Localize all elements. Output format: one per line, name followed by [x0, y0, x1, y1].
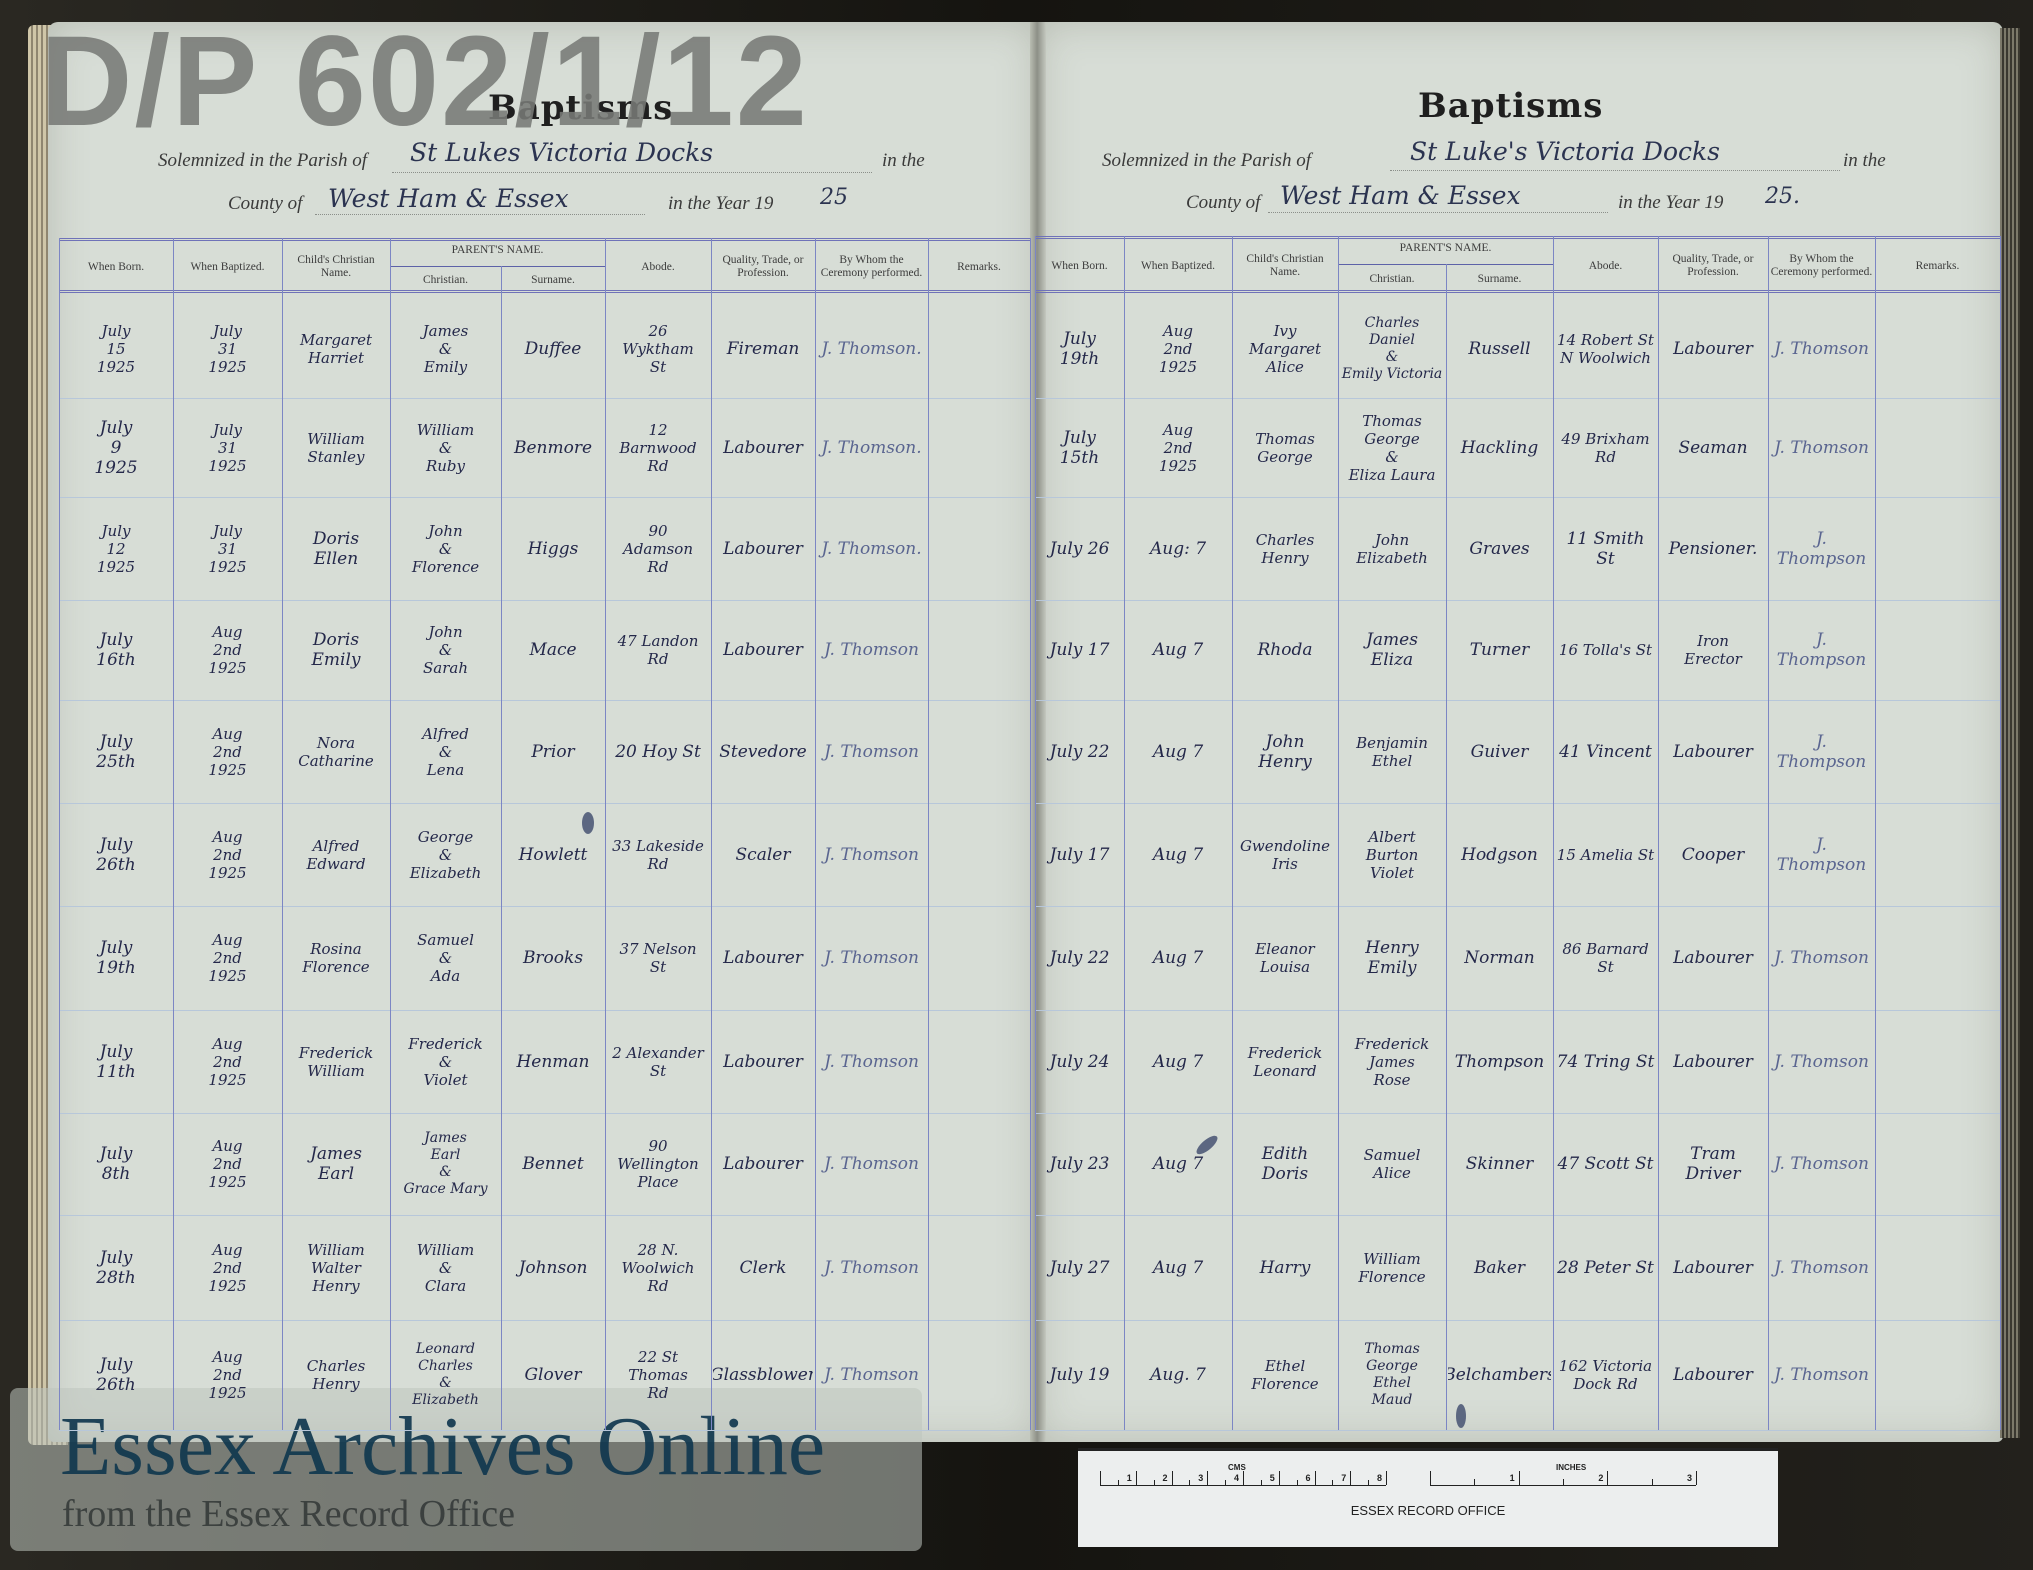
cell-when-born: July 17	[1037, 604, 1122, 696]
ruler-tick	[1563, 1479, 1564, 1485]
ruler-minor-tick	[1368, 1480, 1369, 1485]
right-county-dotline	[1268, 212, 1608, 213]
ruler-minor-tick	[1118, 1480, 1119, 1485]
cell-when-baptized: Aug 7	[1126, 604, 1230, 696]
parents-subheader-rule	[390, 266, 605, 267]
cell-abode: 74 Tring St	[1555, 1014, 1656, 1109]
cell-profession: Tram Driver	[1660, 1117, 1766, 1211]
column-header-officiant: By Whom the Ceremony performed.	[1768, 246, 1875, 286]
cell-when-born: July 8th	[61, 1117, 171, 1211]
cell-officiant: J. Thompson	[1770, 807, 1873, 902]
cell-profession: Labourer	[1660, 304, 1766, 394]
cell-surname: Higgs	[503, 501, 603, 596]
cell-profession: Labourer	[713, 1014, 813, 1109]
cell-abode: 162 Victoria Dock Rd	[1555, 1324, 1656, 1426]
left-parish-dotline	[392, 172, 872, 173]
ruler-minor-tick	[1261, 1480, 1262, 1485]
cell-remarks	[930, 910, 1028, 1006]
cell-parent-christian: Frederick & Violet	[392, 1014, 499, 1109]
cell-remarks	[1877, 704, 1998, 799]
document-reference-mark: D/P 602/1/12	[40, 18, 809, 146]
cell-remarks	[930, 501, 1028, 596]
left-county-value: West Ham & Essex	[328, 184, 569, 213]
cell-parent-christian: William Florence	[1340, 1219, 1444, 1316]
left-year-label: in the Year 19	[668, 193, 773, 215]
cell-officiant: J. Thompson	[1770, 704, 1873, 799]
column-header-when-born: When Born.	[1035, 246, 1124, 286]
column-header-parent-christian: Christian.	[390, 272, 501, 288]
cell-child-name: Charles Henry	[284, 1324, 388, 1426]
table-header-rule	[1035, 290, 2000, 293]
cell-when-born: July 22	[1037, 910, 1122, 1006]
cell-when-baptized: Aug 7	[1126, 910, 1230, 1006]
column-header-profession: Quality, Trade, or Profession.	[1658, 246, 1768, 286]
cell-abode: 12 Barnwood Rd	[607, 402, 709, 493]
cell-when-born: July 16th	[61, 604, 171, 696]
cell-parent-christian: John & Florence	[392, 501, 499, 596]
cell-child-name: Ivy Margaret Alice	[1234, 304, 1336, 394]
column-header-surname: Surname.	[1446, 270, 1553, 288]
row-divider	[59, 1430, 1030, 1431]
cell-remarks	[1877, 1014, 1998, 1109]
cell-abode: 47 Scott St	[1555, 1117, 1656, 1211]
cell-child-name: Frederick Leonard	[1234, 1014, 1336, 1109]
parents-name-group-header: PARENT'S NAME.	[390, 244, 605, 257]
cell-parent-christian: Samuel & Ada	[392, 910, 499, 1006]
cell-profession: Labourer	[713, 402, 813, 493]
cell-child-name: Eleanor Louisa	[1234, 910, 1336, 1006]
cell-officiant: J. Thomson.	[817, 501, 926, 596]
cell-when-baptized: Aug 7	[1126, 1117, 1230, 1211]
cell-child-name: Margaret Harriet	[284, 304, 388, 394]
left-parish-suffix: in the	[882, 150, 925, 172]
cell-when-baptized: July 31 1925	[175, 402, 280, 493]
parents-name-group-header: PARENT'S NAME.	[1338, 242, 1553, 255]
left-county-dotline	[315, 214, 645, 215]
cell-remarks	[1877, 1324, 1998, 1426]
cell-parent-christian: George & Elizabeth	[392, 807, 499, 902]
cell-child-name: William Stanley	[284, 402, 388, 493]
cell-surname: Brooks	[503, 910, 603, 1006]
cell-surname: Benmore	[503, 402, 603, 493]
cell-remarks	[930, 604, 1028, 696]
cell-remarks	[930, 1014, 1028, 1109]
cell-officiant: J. Thompson	[1770, 604, 1873, 696]
cell-abode: 14 Robert St N Woolwich	[1555, 304, 1656, 394]
ruler-number: 5	[1270, 1473, 1275, 1483]
cell-parent-christian: William & Clara	[392, 1219, 499, 1316]
cell-officiant: J. Thomson	[1770, 402, 1873, 493]
ruler-number: 1	[1510, 1473, 1515, 1483]
cell-remarks	[930, 402, 1028, 493]
cell-profession: Labourer	[713, 501, 813, 596]
cell-child-name: William Walter Henry	[284, 1219, 388, 1316]
cell-when-born: July 15th	[1037, 402, 1122, 493]
right-parish-label: Solemnized in the Parish of	[1102, 150, 1311, 172]
column-header-surname: Surname.	[501, 272, 605, 288]
cell-remarks	[930, 704, 1028, 799]
cell-surname: Belchambers	[1448, 1324, 1551, 1426]
cell-child-name: Doris Ellen	[284, 501, 388, 596]
cell-officiant: J. Thomson	[1770, 1014, 1873, 1109]
column-header-remarks: Remarks.	[928, 248, 1030, 286]
cell-surname: Prior	[503, 704, 603, 799]
cell-abode: 26 Wyktham St	[607, 304, 709, 394]
cell-officiant: J. Thomson	[817, 604, 926, 696]
ruler-number: 3	[1687, 1473, 1692, 1483]
cell-when-baptized: Aug 7	[1126, 1014, 1230, 1109]
right-county-value: West Ham & Essex	[1280, 181, 1521, 210]
cell-abode: 47 Landon Rd	[607, 604, 709, 696]
cell-when-baptized: Aug. 7	[1126, 1324, 1230, 1426]
page-stack-edge-right	[2000, 28, 2020, 1438]
right-page-heading: Baptisms	[1418, 86, 1603, 126]
cell-when-born: July 12 1925	[61, 501, 171, 596]
cell-surname: Bennet	[503, 1117, 603, 1211]
cell-child-name: Rosina Florence	[284, 910, 388, 1006]
cell-profession: Pensioner.	[1660, 501, 1766, 596]
column-header-when-baptized: When Baptized.	[173, 248, 282, 286]
cell-when-baptized: Aug 2nd 1925	[1126, 304, 1230, 394]
ruler-tick	[1100, 1471, 1101, 1485]
cell-child-name: Gwendoline Iris	[1234, 807, 1336, 902]
ruler-tick	[1474, 1479, 1475, 1485]
cell-when-baptized: Aug 2nd 1925	[175, 1219, 280, 1316]
cell-officiant: J. Thomson	[1770, 1117, 1873, 1211]
cell-child-name: Edith Doris	[1234, 1117, 1336, 1211]
table-top-rule	[1035, 236, 2000, 239]
right-parish-dotline	[1390, 170, 1840, 171]
cell-abode: 28 Peter St	[1555, 1219, 1656, 1316]
cell-parent-christian: Henry Emily	[1340, 910, 1444, 1006]
cell-profession: Fireman	[713, 304, 813, 394]
cell-remarks	[930, 807, 1028, 902]
ruler-number: 4	[1234, 1473, 1239, 1483]
cell-profession: Labourer	[1660, 704, 1766, 799]
cell-parent-christian: Benjamin Ethel	[1340, 704, 1444, 799]
cell-remarks	[1877, 604, 1998, 696]
cell-surname: Johnson	[503, 1219, 603, 1316]
cell-abode: 2 Alexander St	[607, 1014, 709, 1109]
column-header-when-baptized: When Baptized.	[1124, 246, 1232, 286]
cell-abode: 15 Amelia St	[1555, 807, 1656, 902]
cell-profession: Labourer	[713, 1117, 813, 1211]
ruler-number: 3	[1198, 1473, 1203, 1483]
cell-officiant: J. Thompson	[1770, 501, 1873, 596]
cell-when-born: July 25th	[61, 704, 171, 799]
cell-officiant: J. Thomson	[817, 1324, 926, 1426]
cell-abode: 90 Wellington Place	[607, 1117, 709, 1211]
ruler-number: 2	[1598, 1473, 1603, 1483]
cell-abode: 90 Adamson Rd	[607, 501, 709, 596]
cell-when-baptized: Aug 2nd 1925	[175, 807, 280, 902]
inch-ruler: 123	[1430, 1471, 1696, 1486]
cell-remarks	[1877, 807, 1998, 902]
cell-remarks	[1877, 501, 1998, 596]
cell-when-born: July 26th	[61, 807, 171, 902]
cell-abode: 37 Nelson St	[607, 910, 709, 1006]
cell-when-born: July 19th	[61, 910, 171, 1006]
cell-surname: Hackling	[1448, 402, 1551, 493]
cell-parent-christian: Frederick James Rose	[1340, 1014, 1444, 1109]
cell-officiant: J. Thomson	[1770, 1219, 1873, 1316]
cell-officiant: J. Thomson	[817, 1014, 926, 1109]
cell-when-baptized: Aug 7	[1126, 704, 1230, 799]
cell-officiant: J. Thomson	[1770, 1324, 1873, 1426]
column-divider	[2000, 236, 2001, 1430]
column-header-child-name: Child's Christian Name.	[1232, 246, 1338, 286]
ruler-tick	[1430, 1471, 1431, 1485]
watermark-subtitle: from the Essex Record Office	[62, 1495, 515, 1533]
ruler-number: 2	[1163, 1473, 1168, 1483]
cell-when-baptized: Aug 7	[1126, 807, 1230, 902]
cell-abode: 28 N. Woolwich Rd	[607, 1219, 709, 1316]
ruler-number: 8	[1377, 1473, 1382, 1483]
column-header-officiant: By Whom the Ceremony performed.	[815, 248, 928, 286]
cell-when-born: July 22	[1037, 704, 1122, 799]
cell-child-name: John Henry	[1234, 704, 1336, 799]
cell-when-born: July 26	[1037, 501, 1122, 596]
cell-profession: Labourer	[713, 604, 813, 696]
cell-profession: Scaler	[713, 807, 813, 902]
column-header-abode: Abode.	[1553, 246, 1658, 286]
cell-abode: 86 Barnard St	[1555, 910, 1656, 1006]
right-parish-value: St Luke's Victoria Docks	[1410, 137, 1720, 166]
cell-child-name: Nora Catharine	[284, 704, 388, 799]
cell-child-name: Ethel Florence	[1234, 1324, 1336, 1426]
cell-when-baptized: Aug 2nd 1925	[175, 1014, 280, 1109]
cell-officiant: J. Thomson.	[817, 304, 926, 394]
cell-profession: Seaman	[1660, 402, 1766, 493]
cell-remarks	[1877, 304, 1998, 394]
cell-profession: Iron Erector	[1660, 604, 1766, 696]
column-header-remarks: Remarks.	[1875, 246, 2000, 286]
cell-surname: Guiver	[1448, 704, 1551, 799]
ruler-minor-tick	[1189, 1480, 1190, 1485]
cell-child-name: Charles Henry	[1234, 501, 1336, 596]
cell-parent-christian: Samuel Alice	[1340, 1117, 1444, 1211]
column-header-child-name: Child's Christian Name.	[282, 248, 390, 286]
cell-profession: Labourer	[1660, 1014, 1766, 1109]
cell-parent-christian: Leonard Charles & Elizabeth	[392, 1324, 499, 1426]
cell-remarks	[930, 1117, 1028, 1211]
right-parish-suffix: in the	[1843, 150, 1886, 172]
ruler-tick	[1696, 1471, 1697, 1485]
column-header-parent-christian: Christian.	[1338, 270, 1446, 288]
cell-remarks	[930, 1219, 1028, 1316]
column-header-when-born: When Born.	[59, 248, 173, 286]
cell-surname: Henman	[503, 1014, 603, 1109]
cell-remarks	[1877, 1117, 1998, 1211]
cell-profession: Labourer	[1660, 1219, 1766, 1316]
cell-officiant: J. Thomson	[817, 910, 926, 1006]
ruler-tick	[1207, 1471, 1208, 1485]
cell-when-born: July 23	[1037, 1117, 1122, 1211]
cell-officiant: J. Thomson	[1770, 304, 1873, 394]
cell-child-name: Alfred Edward	[284, 807, 388, 902]
cell-officiant: J. Thomson	[817, 1219, 926, 1316]
right-county-label: County of	[1186, 192, 1260, 214]
cell-when-baptized: Aug 2nd 1925	[175, 1117, 280, 1211]
cell-when-born: July 27	[1037, 1219, 1122, 1316]
cell-surname: Duffee	[503, 304, 603, 394]
table-header-rule	[59, 290, 1030, 293]
cell-remarks	[1877, 1219, 1998, 1316]
cell-officiant: J. Thomson	[817, 807, 926, 902]
column-header-abode: Abode.	[605, 248, 711, 286]
cell-parent-christian: John & Sarah	[392, 604, 499, 696]
cell-profession: Glassblower	[713, 1324, 813, 1426]
cell-surname: Hodgson	[1448, 807, 1551, 902]
ruler-tick	[1172, 1471, 1173, 1485]
cell-parent-christian: James Eliza	[1340, 604, 1444, 696]
cell-surname: Glover	[503, 1324, 603, 1426]
cell-parent-christian: Charles Daniel & Emily Victoria	[1340, 304, 1444, 394]
cell-profession: Stevedore	[713, 704, 813, 799]
ruler-minor-tick	[1154, 1480, 1155, 1485]
cell-surname: Graves	[1448, 501, 1551, 596]
cell-profession: Labourer	[713, 910, 813, 1006]
cell-surname: Turner	[1448, 604, 1551, 696]
cell-profession: Labourer	[1660, 910, 1766, 1006]
cell-child-name: Frederick William	[284, 1014, 388, 1109]
cell-when-baptized: Aug 7	[1126, 1219, 1230, 1316]
ruler-tick	[1350, 1471, 1351, 1485]
cell-parent-christian: Albert Burton Violet	[1340, 807, 1444, 902]
cell-when-born: July 9 1925	[61, 402, 171, 493]
cell-abode: 11 Smith St	[1555, 501, 1656, 596]
cell-remarks	[1877, 910, 1998, 1006]
cell-surname: Mace	[503, 604, 603, 696]
cell-parent-christian: Alfred & Lena	[392, 704, 499, 799]
cell-profession: Clerk	[713, 1219, 813, 1316]
cell-surname: Norman	[1448, 910, 1551, 1006]
ruler-minor-tick	[1225, 1480, 1226, 1485]
scale-ruler: CMS INCHES 12345678 123 ESSEX RECORD OFF…	[1078, 1448, 1778, 1547]
cell-when-born: July 24	[1037, 1014, 1122, 1109]
cell-when-baptized: Aug 2nd 1925	[175, 1324, 280, 1426]
row-divider	[1035, 1430, 2000, 1431]
cm-ruler: 12345678	[1100, 1471, 1386, 1486]
cell-profession: Cooper	[1660, 807, 1766, 902]
cell-when-baptized: July 31 1925	[175, 501, 280, 596]
cell-profession: Labourer	[1660, 1324, 1766, 1426]
cell-remarks	[930, 304, 1028, 394]
cell-abode: 33 Lakeside Rd	[607, 807, 709, 902]
cell-when-baptized: Aug 2nd 1925	[1126, 402, 1230, 493]
cell-when-born: July 19th	[1037, 304, 1122, 394]
ruler-tick	[1136, 1471, 1137, 1485]
cell-surname: Howlett	[503, 807, 603, 902]
left-county-label: County of	[228, 193, 302, 215]
ruler-tick	[1386, 1471, 1387, 1485]
cell-parent-christian: Thomas George & Eliza Laura	[1340, 402, 1444, 493]
cell-officiant: J. Thomson	[817, 704, 926, 799]
cell-when-baptized: Aug: 7	[1126, 501, 1230, 596]
cell-abode: 16 Tolla's St	[1555, 604, 1656, 696]
cell-abode: 49 Brixham Rd	[1555, 402, 1656, 493]
cell-child-name: Harry	[1234, 1219, 1336, 1316]
ruler-minor-tick	[1297, 1480, 1298, 1485]
cell-when-baptized: Aug 2nd 1925	[175, 910, 280, 1006]
cell-when-born: July 28th	[61, 1219, 171, 1316]
right-year-value: 25.	[1765, 184, 1800, 209]
cell-child-name: Rhoda	[1234, 604, 1336, 696]
column-divider	[1030, 238, 1031, 1430]
ruler-number: 7	[1341, 1473, 1346, 1483]
cell-remarks	[930, 1324, 1028, 1426]
cell-surname: Skinner	[1448, 1117, 1551, 1211]
cell-when-baptized: July 31 1925	[175, 304, 280, 394]
column-header-profession: Quality, Trade, or Profession.	[711, 248, 815, 286]
cell-abode: 41 Vincent	[1555, 704, 1656, 799]
cell-when-baptized: Aug 2nd 1925	[175, 704, 280, 799]
ruler-number: 1	[1127, 1473, 1132, 1483]
cell-child-name: Doris Emily	[284, 604, 388, 696]
cell-surname: Thompson	[1448, 1014, 1551, 1109]
cell-when-born: July 11th	[61, 1014, 171, 1109]
right-year-label: in the Year 19	[1618, 192, 1723, 214]
cell-officiant: J. Thomson	[817, 1117, 926, 1211]
cell-parent-christian: William & Ruby	[392, 402, 499, 493]
cell-parent-christian: James & Emily	[392, 304, 499, 394]
cell-when-born: July 15 1925	[61, 304, 171, 394]
cell-child-name: James Earl	[284, 1117, 388, 1211]
cell-abode: 22 St Thomas Rd	[607, 1324, 709, 1426]
left-parish-label: Solemnized in the Parish of	[158, 150, 367, 172]
cell-when-born: July 19	[1037, 1324, 1122, 1426]
cell-officiant: J. Thomson.	[817, 402, 926, 493]
record-office-label: ESSEX RECORD OFFICE	[1078, 1503, 1778, 1518]
ruler-number: 6	[1306, 1473, 1311, 1483]
left-year-value: 25	[820, 185, 848, 210]
cell-parent-christian: James Earl & Grace Mary	[392, 1117, 499, 1211]
cell-when-baptized: Aug 2nd 1925	[175, 604, 280, 696]
cell-abode: 20 Hoy St	[607, 704, 709, 799]
ruler-tick	[1652, 1479, 1653, 1485]
cell-child-name: Thomas George	[1234, 402, 1336, 493]
cell-remarks	[1877, 402, 1998, 493]
cell-surname: Baker	[1448, 1219, 1551, 1316]
cell-surname: Russell	[1448, 304, 1551, 394]
cell-when-born: July 26th	[61, 1324, 171, 1426]
table-top-rule	[59, 238, 1030, 241]
cell-parent-christian: John Elizabeth	[1340, 501, 1444, 596]
ruler-minor-tick	[1332, 1480, 1333, 1485]
ruler-tick	[1519, 1471, 1520, 1485]
ruler-tick	[1607, 1471, 1608, 1485]
cell-when-born: July 17	[1037, 807, 1122, 902]
cell-parent-christian: Thomas George Ethel Maud	[1340, 1324, 1444, 1426]
cell-officiant: J. Thomson	[1770, 910, 1873, 1006]
ruler-tick	[1315, 1471, 1316, 1485]
ruler-tick	[1243, 1471, 1244, 1485]
ruler-tick	[1279, 1471, 1280, 1485]
